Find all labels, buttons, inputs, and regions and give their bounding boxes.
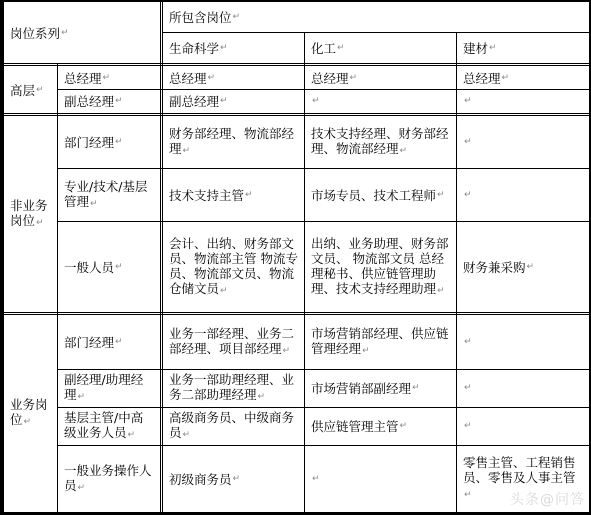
cell-content: 业务一部经理、业务二部经理、项目部经理↵ — [169, 326, 298, 359]
paragraph-mark-icon: ↵ — [464, 135, 472, 150]
row-divider — [57, 445, 589, 446]
column-label: 建材 — [463, 41, 488, 56]
position-label: 副总经理 — [64, 94, 114, 109]
row-divider — [4, 63, 589, 66]
header-group: 所包含岗位↵ — [163, 2, 589, 33]
group-business: 业务岗位↵ — [4, 315, 57, 512]
paragraph-mark-icon: ↵ — [258, 392, 266, 402]
life-science-cell: 财务部经理、物流部经理↵ — [163, 116, 304, 168]
paragraph-mark-icon: ↵ — [183, 146, 191, 156]
paragraph-mark-icon: ↵ — [208, 71, 216, 86]
paragraph-mark-icon: ↵ — [350, 71, 358, 86]
paragraph-mark-icon: ↵ — [337, 41, 345, 56]
position-cell: 总经理↵ — [58, 67, 160, 89]
cell-text: 市场营销部经理、供应链管理经理 — [311, 326, 449, 356]
chemical-cell: ↵ — [305, 90, 456, 113]
paragraph-mark-icon: ↵ — [400, 419, 408, 434]
paragraph-mark-icon: ↵ — [464, 381, 472, 396]
column-divider — [304, 33, 305, 512]
building-materials-cell: ↵ — [457, 370, 589, 407]
paragraph-mark-icon: ↵ — [412, 381, 420, 396]
cell-text: 供应链管理主管 — [311, 419, 399, 434]
chemical-cell: ↵ — [305, 446, 456, 512]
paragraph-mark-icon: ↵ — [464, 188, 472, 203]
life-science-cell: 会计、出纳、财务部文员、物流部主管 物流专员、物流部文员、物流仓储文员↵ — [163, 222, 304, 312]
chemical-cell: 出纳、业务助理、财务部文员、 物流部文员 总经理秘书、供应链管理助理、技术支持经… — [305, 222, 456, 312]
life-science-cell: 高级商务员、中级商务员↵ — [163, 408, 304, 445]
building-materials-cell: ↵ — [457, 408, 589, 445]
cell-text: 技术支持主管 — [169, 188, 244, 203]
life-science-cell: 初级商务员↵ — [163, 446, 304, 512]
header-series-label: 岗位系列 — [10, 26, 60, 41]
watermark: 头条@问答 — [510, 489, 585, 509]
paragraph-mark-icon: ↵ — [502, 71, 510, 86]
paragraph-mark-icon: ↵ — [400, 146, 408, 156]
building-materials-cell: ↵ — [457, 315, 589, 369]
paragraph-mark-icon: ↵ — [489, 41, 497, 56]
life-science-cell: 业务一部经理、业务二部经理、项目部经理↵ — [163, 315, 304, 369]
cell-text: 市场营销部副经理 — [311, 381, 411, 396]
cell-text: 会计、出纳、财务部文员、物流部主管 物流专员、物流部文员、物流仓储文员 — [169, 236, 298, 296]
life-science-cell: 副总经理↵ — [163, 90, 304, 113]
paragraph-mark-icon: ↵ — [36, 83, 44, 98]
paragraph-mark-icon: ↵ — [90, 199, 98, 209]
paragraph-mark-icon: ↵ — [220, 286, 228, 296]
paragraph-mark-icon: ↵ — [437, 188, 445, 203]
group-label: 业务岗位↵ — [10, 397, 51, 430]
paragraph-mark-icon: ↵ — [527, 260, 535, 275]
chemical-cell: 市场专员、技术工程师↵ — [305, 169, 456, 221]
paragraph-mark-icon: ↵ — [233, 10, 241, 25]
position-label: 一般人员 — [64, 260, 114, 275]
row-divider — [4, 113, 589, 116]
chemical-cell: 市场营销部经理、供应链管理经理↵ — [305, 315, 456, 369]
chemical-cell: 技术支持经理、财务部经理、物流部经理↵ — [305, 116, 456, 168]
position-label: 部门经理 — [64, 135, 114, 150]
paragraph-mark-icon: ↵ — [220, 94, 228, 109]
paragraph-mark-icon: ↵ — [183, 430, 191, 440]
cell-text: 业务一部助理经理、业务二部助理经理 — [169, 372, 294, 402]
position-cell: 一般人员↵ — [58, 222, 160, 312]
group-label: 非业务岗位↵ — [10, 198, 51, 231]
group-non-business: 非业务岗位↵ — [4, 116, 57, 312]
cell-text: 总经理 — [311, 71, 349, 86]
paragraph-mark-icon: ↵ — [115, 335, 123, 350]
cell-content: 副经理/助理经理↵ — [64, 372, 154, 405]
position-label: 总经理 — [64, 71, 102, 86]
position-cell: 副经理/助理经理↵ — [58, 370, 160, 407]
paragraph-mark-icon: ↵ — [103, 71, 111, 86]
paragraph-mark-icon: ↵ — [24, 417, 32, 427]
paragraph-mark-icon: ↵ — [464, 490, 472, 500]
position-cell: 基层主管/中高级业务人员↵ — [58, 408, 160, 445]
column-divider — [456, 33, 457, 512]
paragraph-mark-icon: ↵ — [233, 472, 241, 487]
paragraph-mark-icon: ↵ — [464, 94, 472, 109]
cell-text: 技术支持经理、财务部经理、物流部经理 — [311, 126, 449, 156]
position-label: 专业/技术/基层管理 — [64, 179, 147, 209]
position-cell: 副总经理↵ — [58, 90, 160, 113]
paragraph-mark-icon: ↵ — [464, 335, 472, 350]
header-group-label: 所包含岗位 — [169, 10, 232, 25]
position-cell: 部门经理↵ — [58, 315, 160, 369]
paragraph-mark-icon: ↵ — [115, 260, 123, 275]
position-cell: 专业/技术/基层管理↵ — [58, 169, 160, 221]
building-materials-cell: ↵ — [457, 169, 589, 221]
cell-text: 业务一部经理、业务二部经理、项目部经理 — [169, 326, 294, 356]
cell-text: 总经理 — [463, 71, 501, 86]
position-label: 部门经理 — [64, 335, 114, 350]
cell-text: 总经理 — [169, 71, 207, 86]
row-divider — [57, 221, 589, 222]
building-materials-cell: ↵ — [457, 90, 589, 113]
cell-content: 专业/技术/基层管理↵ — [64, 179, 154, 212]
cell-content: 一般业务操作人员↵ — [64, 463, 154, 496]
paragraph-mark-icon: ↵ — [115, 94, 123, 109]
cell-content: 出纳、业务助理、财务部文员、 物流部文员 总经理秘书、供应链管理助理、技术支持经… — [311, 236, 450, 299]
position-cell: 部门经理↵ — [58, 116, 160, 168]
paragraph-mark-icon: ↵ — [362, 346, 370, 356]
paragraph-mark-icon: ↵ — [128, 430, 136, 440]
paragraph-mark-icon: ↵ — [36, 218, 44, 228]
cell-text: 副总经理 — [169, 94, 219, 109]
column-label: 化工 — [311, 41, 336, 56]
cell-content: 财务部经理、物流部经理↵ — [169, 126, 298, 159]
paragraph-mark-icon: ↵ — [245, 188, 253, 203]
row-divider — [57, 168, 589, 169]
life-science-cell: 业务一部助理经理、业务二部助理经理↵ — [163, 370, 304, 407]
chemical-cell: 市场营销部副经理↵ — [305, 370, 456, 407]
paragraph-mark-icon: ↵ — [437, 286, 445, 296]
column-header-life-science: 生命科学↵ — [163, 33, 304, 64]
paragraph-mark-icon: ↵ — [78, 483, 86, 493]
row-divider — [57, 407, 589, 408]
paragraph-mark-icon: ↵ — [115, 135, 123, 150]
paragraph-mark-icon: ↵ — [283, 346, 291, 356]
chemical-cell: 总经理↵ — [305, 67, 456, 89]
cell-content: 高级商务员、中级商务员↵ — [169, 410, 298, 443]
paragraph-mark-icon: ↵ — [464, 419, 472, 434]
row-divider — [163, 32, 589, 33]
row-divider — [57, 369, 589, 370]
cell-content: 基层主管/中高级业务人员↵ — [64, 410, 154, 443]
paragraph-mark-icon: ↵ — [220, 41, 228, 56]
life-science-cell: 技术支持主管↵ — [163, 169, 304, 221]
row-divider — [57, 89, 589, 90]
cell-content: 市场营销部经理、供应链管理经理↵ — [311, 326, 450, 359]
column-header-building-materials: 建材↵ — [457, 33, 589, 64]
cell-text: 财务兼采购 — [463, 260, 526, 275]
building-materials-cell: ↵ — [457, 116, 589, 168]
position-label: 副经理/助理经理 — [64, 372, 143, 402]
paragraph-mark-icon: ↵ — [78, 392, 86, 402]
life-science-cell: 总经理↵ — [163, 67, 304, 89]
group-senior: 高层↵ — [4, 67, 57, 113]
column-divider — [160, 2, 163, 512]
position-cell: 一般业务操作人员↵ — [58, 446, 160, 512]
header-series: 岗位系列↵ — [4, 2, 160, 64]
cell-content: 技术支持经理、财务部经理、物流部经理↵ — [311, 126, 450, 159]
chemical-cell: 供应链管理主管↵ — [305, 408, 456, 445]
building-materials-cell: 总经理↵ — [457, 67, 589, 89]
column-header-chemical: 化工↵ — [305, 33, 456, 64]
cell-content: 会计、出纳、财务部文员、物流部主管 物流专员、物流部文员、物流仓储文员↵ — [169, 236, 298, 299]
column-label: 生命科学 — [169, 41, 219, 56]
paragraph-mark-icon: ↵ — [312, 94, 320, 109]
paragraph-mark-icon: ↵ — [312, 472, 320, 487]
cell-content: 业务一部助理经理、业务二部助理经理↵ — [169, 372, 298, 405]
group-label: 高层 — [10, 83, 35, 98]
paragraph-mark-icon: ↵ — [61, 26, 69, 41]
building-materials-cell: 财务兼采购↵ — [457, 222, 589, 312]
cell-text: 初级商务员 — [169, 472, 232, 487]
row-divider — [4, 312, 589, 315]
cell-text: 出纳、业务助理、财务部文员、 物流部文员 总经理秘书、供应链管理助理、技术支持经… — [311, 236, 449, 296]
cell-text: 市场专员、技术工程师 — [311, 188, 436, 203]
cell-text: 零售主管、工程销售员、零售及人事主管 — [463, 455, 576, 485]
